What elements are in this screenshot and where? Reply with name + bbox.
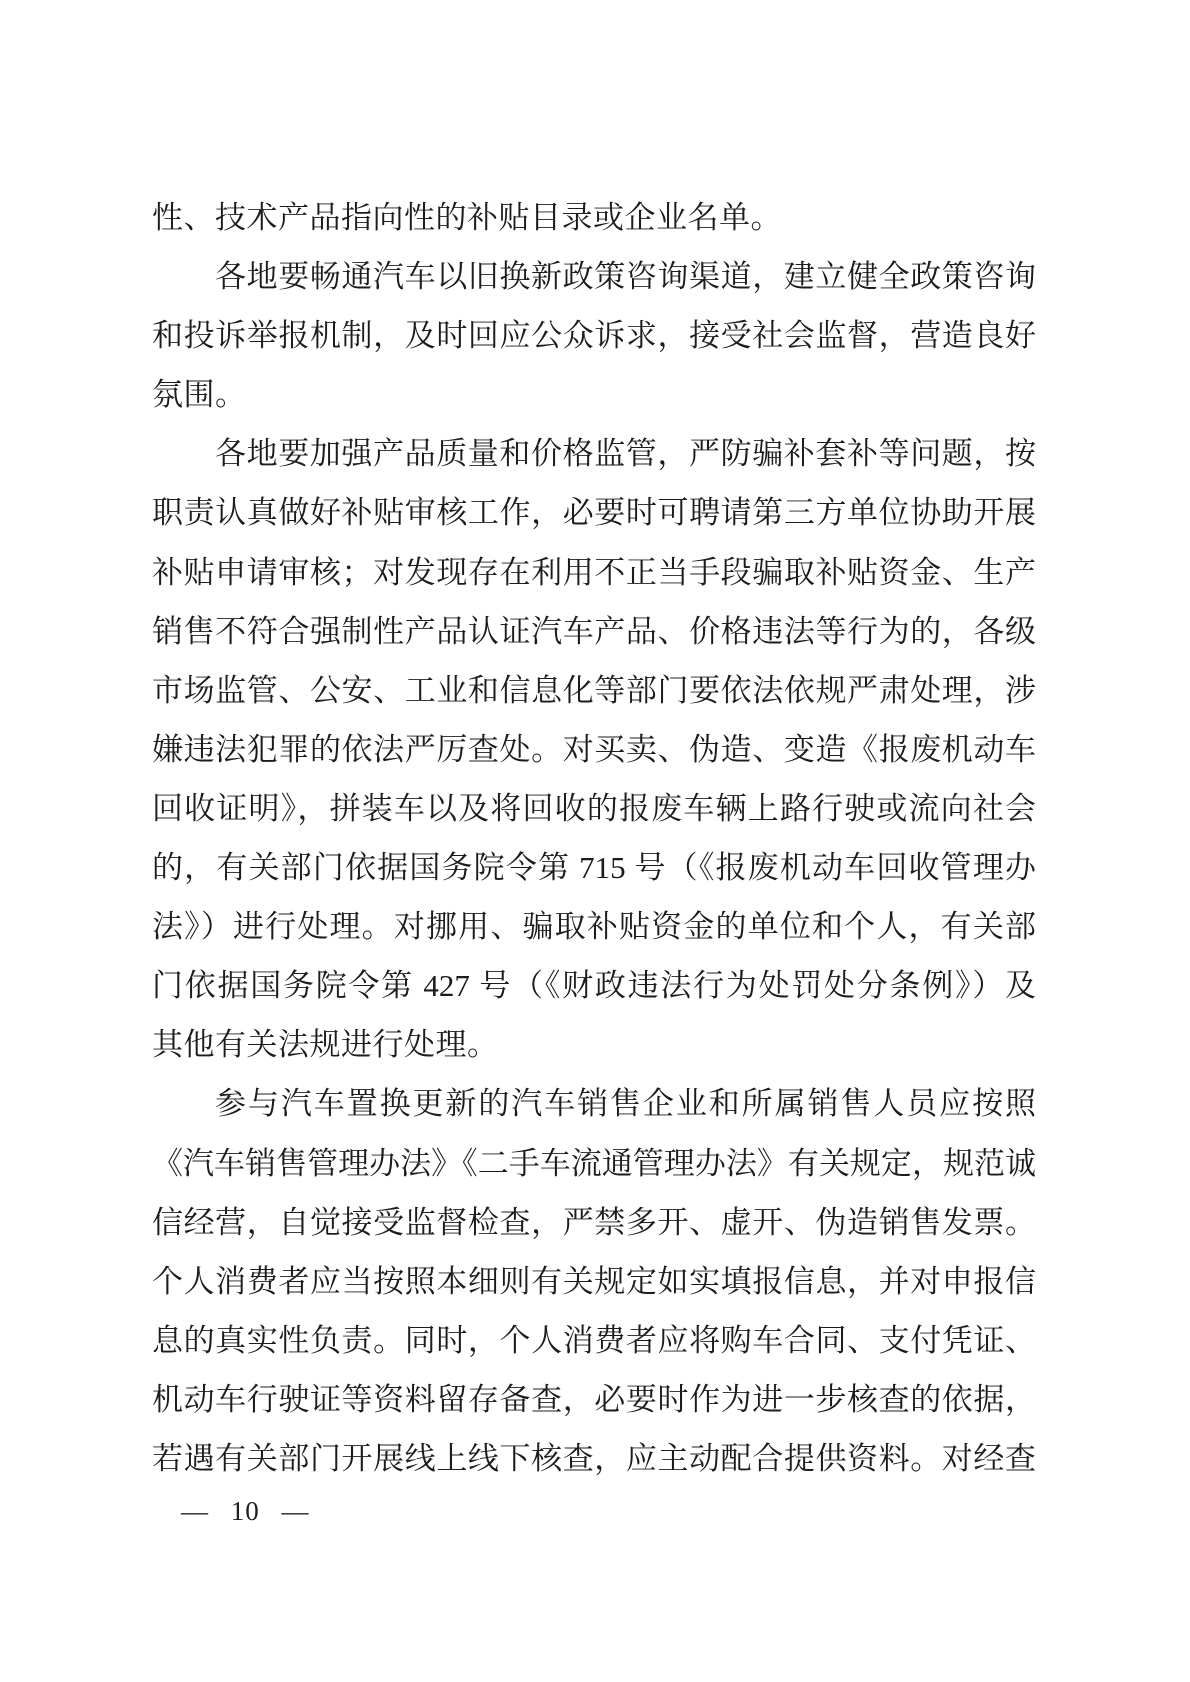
text-line: 各地要加强产品质量和价格监管，严防骗补套补等问题，按 bbox=[152, 424, 1036, 483]
text-line: 法》）进行处理。对挪用、骗取补贴资金的单位和个人，有关部 bbox=[152, 897, 1036, 956]
text-line: 参与汽车置换更新的汽车销售企业和所属销售人员应按照 bbox=[152, 1074, 1036, 1133]
text-line: 信经营，自觉接受监督检查，严禁多开、虚开、伪造销售发票。 bbox=[152, 1193, 1036, 1252]
text-line: 补贴申请审核；对发现存在利用不正当手段骗取补贴资金、生产 bbox=[152, 543, 1036, 602]
text-line: 的，有关部门依据国务院令第 715 号（《报废机动车回收管理办 bbox=[152, 838, 1036, 897]
text-line: 回收证明》，拼装车以及将回收的报废车辆上路行驶或流向社会 bbox=[152, 779, 1036, 838]
text-line: 若遇有关部门开展线上线下核查，应主动配合提供资料。对经查 bbox=[152, 1429, 1036, 1488]
text-line: 和投诉举报机制，及时回应公众诉求，接受社会监督，营造良好 bbox=[152, 306, 1036, 365]
text-line: 性、技术产品指向性的补贴目录或企业名单。 bbox=[152, 188, 1036, 247]
text-line: 职责认真做好补贴审核工作，必要时可聘请第三方单位协助开展 bbox=[152, 483, 1036, 542]
text-line: 《汽车销售管理办法》《二手车流通管理办法》有关规定，规范诚 bbox=[152, 1134, 1036, 1193]
text-line: 各地要畅通汽车以旧换新政策咨询渠道，建立健全政策咨询 bbox=[152, 247, 1036, 306]
text-line: 销售不符合强制性产品认证汽车产品、价格违法等行为的，各级 bbox=[152, 602, 1036, 661]
text-line: 其他有关法规进行处理。 bbox=[152, 1015, 1036, 1074]
document-body: 性、技术产品指向性的补贴目录或企业名单。各地要畅通汽车以旧换新政策咨询渠道，建立… bbox=[152, 188, 1036, 1488]
text-line: 嫌违法犯罪的依法严厉查处。对买卖、伪造、变造《报废机动车 bbox=[152, 720, 1036, 779]
document-page: 性、技术产品指向性的补贴目录或企业名单。各地要畅通汽车以旧换新政策咨询渠道，建立… bbox=[0, 0, 1190, 1682]
text-line: 个人消费者应当按照本细则有关规定如实填报信息，并对申报信 bbox=[152, 1252, 1036, 1311]
text-line: 门依据国务院令第 427 号（《财政违法行为处罚处分条例》）及 bbox=[152, 956, 1036, 1015]
text-line: 机动车行驶证等资料留存备查，必要时作为进一步核查的依据， bbox=[152, 1370, 1036, 1429]
page-number: — 10 — bbox=[181, 1496, 310, 1527]
text-line: 氛围。 bbox=[152, 365, 1036, 424]
text-line: 市场监管、公安、工业和信息化等部门要依法依规严肃处理，涉 bbox=[152, 661, 1036, 720]
text-line: 息的真实性负责。同时，个人消费者应将购车合同、支付凭证、 bbox=[152, 1311, 1036, 1370]
